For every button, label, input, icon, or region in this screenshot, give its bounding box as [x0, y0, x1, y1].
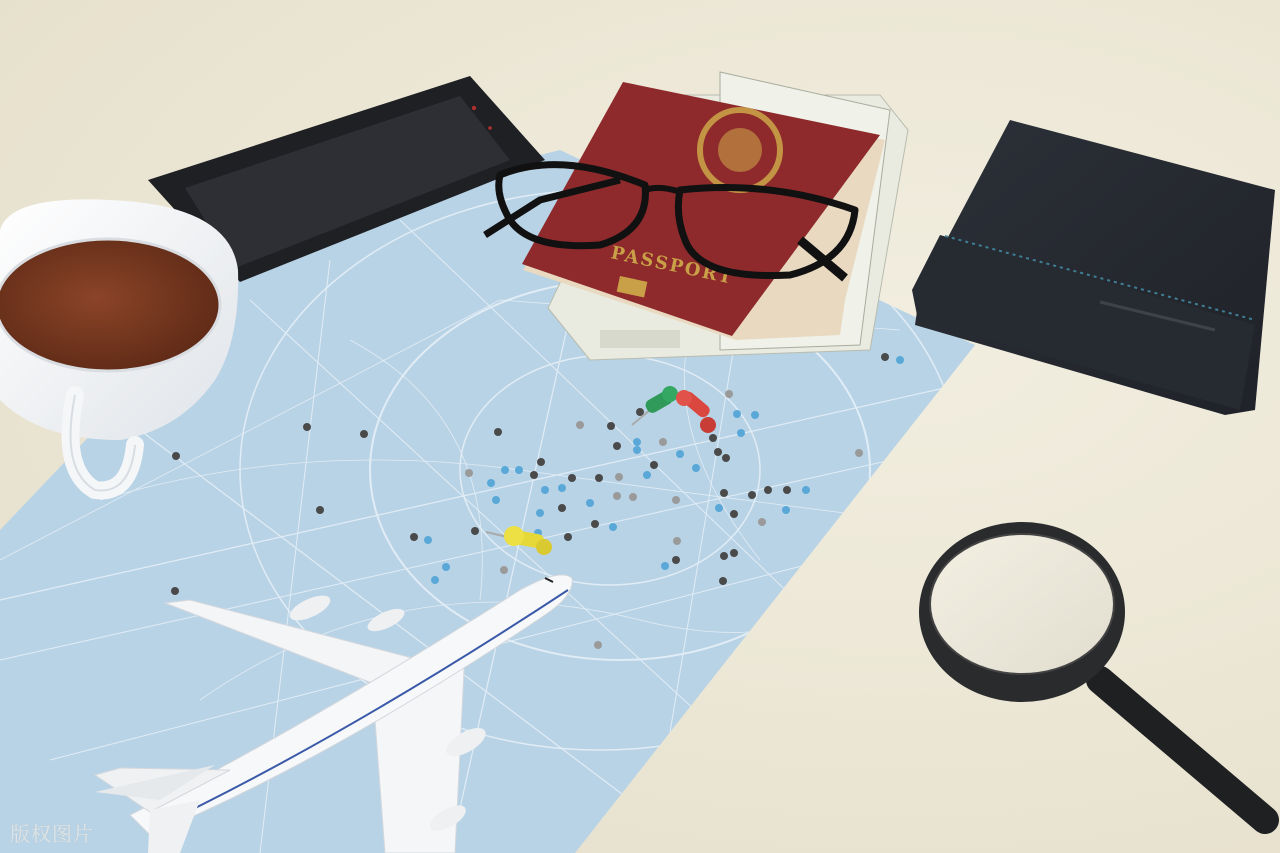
photo-scene: 100 PASSPORT [0, 0, 1280, 853]
photo-illustration: 100 PASSPORT [0, 0, 1280, 853]
watermark: 版权图片 [10, 818, 94, 847]
magnifying-glass [919, 522, 1265, 820]
wallet [912, 120, 1275, 415]
